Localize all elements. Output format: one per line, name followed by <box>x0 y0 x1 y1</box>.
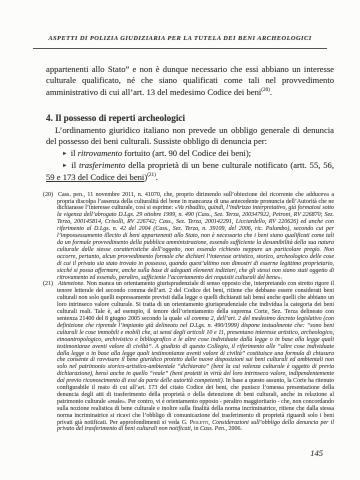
running-header: ASPETTI DI POLIZIA GIUDIZIARIA PER LA TU… <box>33 27 327 49</box>
bullet-list: ► il ritrovamento fortuito (art. 90 del … <box>46 148 334 184</box>
footnote-20: (20)Cass. pen., 11 novembre 2011, n. 410… <box>43 192 334 282</box>
bullet-text: il ritrovamento fortuito (art. 90 del Co… <box>71 148 251 158</box>
bullet-item-trasferimento: ► il trasferimento della proprietà di un… <box>46 160 334 184</box>
page-number: 145 <box>310 448 323 458</box>
running-header-title: ASPETTI DI POLIZIA GIUDIZIARIA PER LA TU… <box>48 35 311 42</box>
footnote-text: Attenzione. Non manca un orientamento gi… <box>57 281 334 432</box>
footnote-label: (20) <box>43 192 53 198</box>
arrow-bullet-icon: ► <box>62 151 69 157</box>
footnotes-section: (20)Cass. pen., 11 novembre 2011, n. 410… <box>43 192 334 434</box>
footnote-label: (21) <box>43 281 53 287</box>
arrow-bullet-icon: ► <box>62 163 69 169</box>
footnote-text: Cass. pen., 11 novembre 2011, n. 41070, … <box>57 192 334 281</box>
paragraph-intro: L’ordinamento giuridico italiano non pre… <box>46 125 334 148</box>
bullet-text: il trasferimento della proprietà di un b… <box>46 160 334 182</box>
footnote-21: (21)Attenzione. Non manca un orientament… <box>43 281 334 433</box>
paragraph-continuation: appartenenti allo Stato” e non è dunque … <box>46 64 334 98</box>
section-heading: 4. Il possesso di reperti archeologici <box>46 113 334 124</box>
bullet-item-ritrovamento: ► il ritrovamento fortuito (art. 90 del … <box>46 148 334 160</box>
scanned-book-page: ASPETTI DI POLIZIA GIUDIZIARIA PER LA TU… <box>0 0 360 480</box>
page-body: appartenenti allo Stato” e non è dunque … <box>46 64 334 184</box>
